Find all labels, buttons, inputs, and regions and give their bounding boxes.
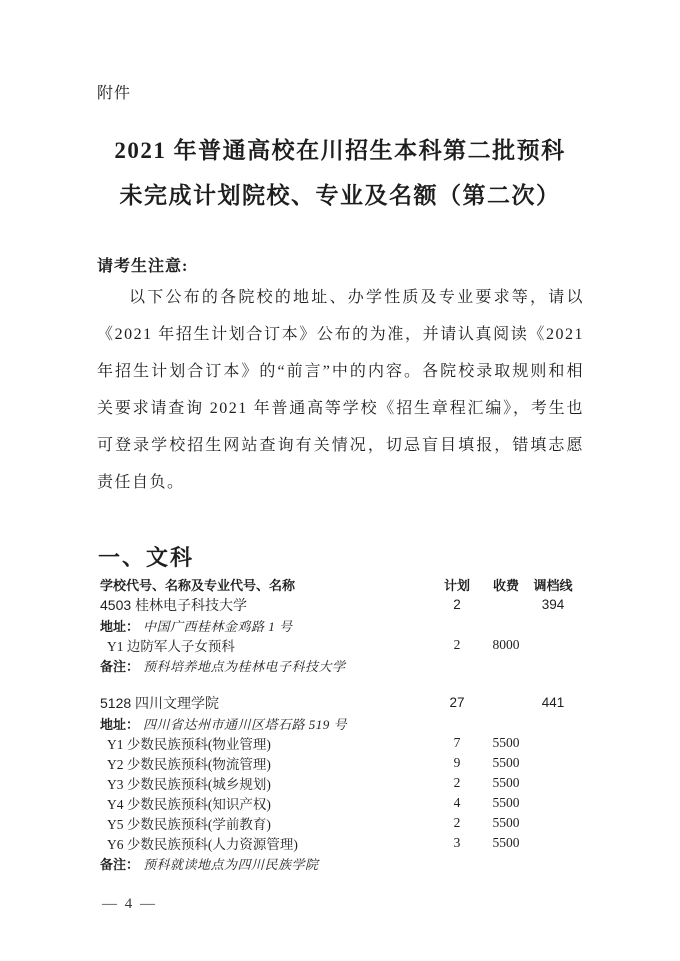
program-fee: 5500 [486,815,526,831]
school-note-row: 备注： 预科就读地点为四川民族学院 [100,853,580,873]
school-row: 5128 四川文理学院 27 441 [100,692,580,713]
school-code-name: 4503 桂林电子科技大学 [100,595,428,615]
address-value: 四川省达州市通川区塔石路 519 号 [139,714,347,733]
school-address-row: 地址： 四川省达州市通川区塔石路 519 号 [100,713,580,733]
note-value: 预科就读地点为四川民族学院 [139,854,319,873]
program-row: Y6 少数民族预科(人力资源管理) 3 5500 [100,833,580,853]
program-name: Y5 少数民族预科(学前教育) [100,813,428,833]
program-row: Y3 少数民族预科(城乡规划) 2 5500 [100,773,580,793]
attachment-label: 附件 [97,80,131,103]
school-plan: 2 [428,597,486,612]
program-name: Y1 少数民族预科(物业管理) [100,733,428,753]
address-label: 地址： [100,714,139,733]
school-address-row: 地址： 中国广西桂林金鸡路 1 号 [100,615,580,635]
table-block-gap [100,675,580,692]
table-header-row: 学校代号、名称及专业代号、名称 计划 收费 调档线 [100,574,580,594]
program-fee: 5500 [486,735,526,751]
note-value: 预科培养地点为桂林电子科技大学 [139,656,346,675]
program-fee: 5500 [486,755,526,771]
program-row: Y1 少数民族预科(物业管理) 7 5500 [100,733,580,753]
notice-paragraph: 以下公布的各院校的地址、办学性质及专业要求等，请以《2021 年招生计划合订本》… [97,279,584,501]
column-header-school: 学校代号、名称及专业代号、名称 [100,575,428,594]
school-cutoff: 441 [526,695,580,710]
plan-table: 学校代号、名称及专业代号、名称 计划 收费 调档线 4503 桂林电子科技大学 … [100,574,580,873]
program-name: Y1 边防军人子女预科 [100,635,428,655]
program-fee: 5500 [486,795,526,811]
page-number: — 4 — [102,896,157,913]
program-row: Y2 少数民族预科(物流管理) 9 5500 [100,753,580,773]
note-label: 备注： [100,854,139,873]
program-plan: 4 [428,795,486,811]
document-page: 附件 2021 年普通高校在川招生本科第二批预科 未完成计划院校、专业及名额（第… [0,0,680,961]
program-fee: 5500 [486,835,526,851]
school-row: 4503 桂林电子科技大学 2 394 [100,594,580,615]
school-plan: 27 [428,695,486,710]
program-name: Y3 少数民族预科(城乡规划) [100,773,428,793]
program-row: Y1 边防军人子女预科 2 8000 [100,635,580,655]
program-row: Y5 少数民族预科(学前教育) 2 5500 [100,813,580,833]
program-plan: 3 [428,835,486,851]
document-title-line-2: 未完成计划院校、专业及名额（第二次） [40,173,640,218]
program-plan: 2 [428,775,486,791]
column-header-cutoff: 调档线 [526,575,580,594]
program-row: Y4 少数民族预科(知识产权) 4 5500 [100,793,580,813]
document-title: 2021 年普通高校在川招生本科第二批预科 未完成计划院校、专业及名额（第二次） [40,128,640,218]
school-cutoff: 394 [526,597,580,612]
program-name: Y6 少数民族预科(人力资源管理) [100,833,428,853]
program-plan: 2 [428,815,486,831]
address-value: 中国广西桂林金鸡路 1 号 [139,616,293,635]
program-plan: 2 [428,637,486,653]
program-plan: 7 [428,735,486,751]
section-heading-liberal-arts: 一、文科 [98,541,194,572]
document-title-line-1: 2021 年普通高校在川招生本科第二批预科 [40,128,640,173]
school-note-row: 备注： 预科培养地点为桂林电子科技大学 [100,655,580,675]
program-fee: 8000 [486,637,526,653]
address-label: 地址： [100,616,139,635]
school-code-name: 5128 四川文理学院 [100,693,428,713]
program-name: Y4 少数民族预科(知识产权) [100,793,428,813]
program-fee: 5500 [486,775,526,791]
notice-heading: 请考生注意: [97,253,188,276]
note-label: 备注： [100,656,139,675]
program-name: Y2 少数民族预科(物流管理) [100,753,428,773]
column-header-fee: 收费 [486,575,526,594]
program-plan: 9 [428,755,486,771]
column-header-plan: 计划 [428,575,486,594]
